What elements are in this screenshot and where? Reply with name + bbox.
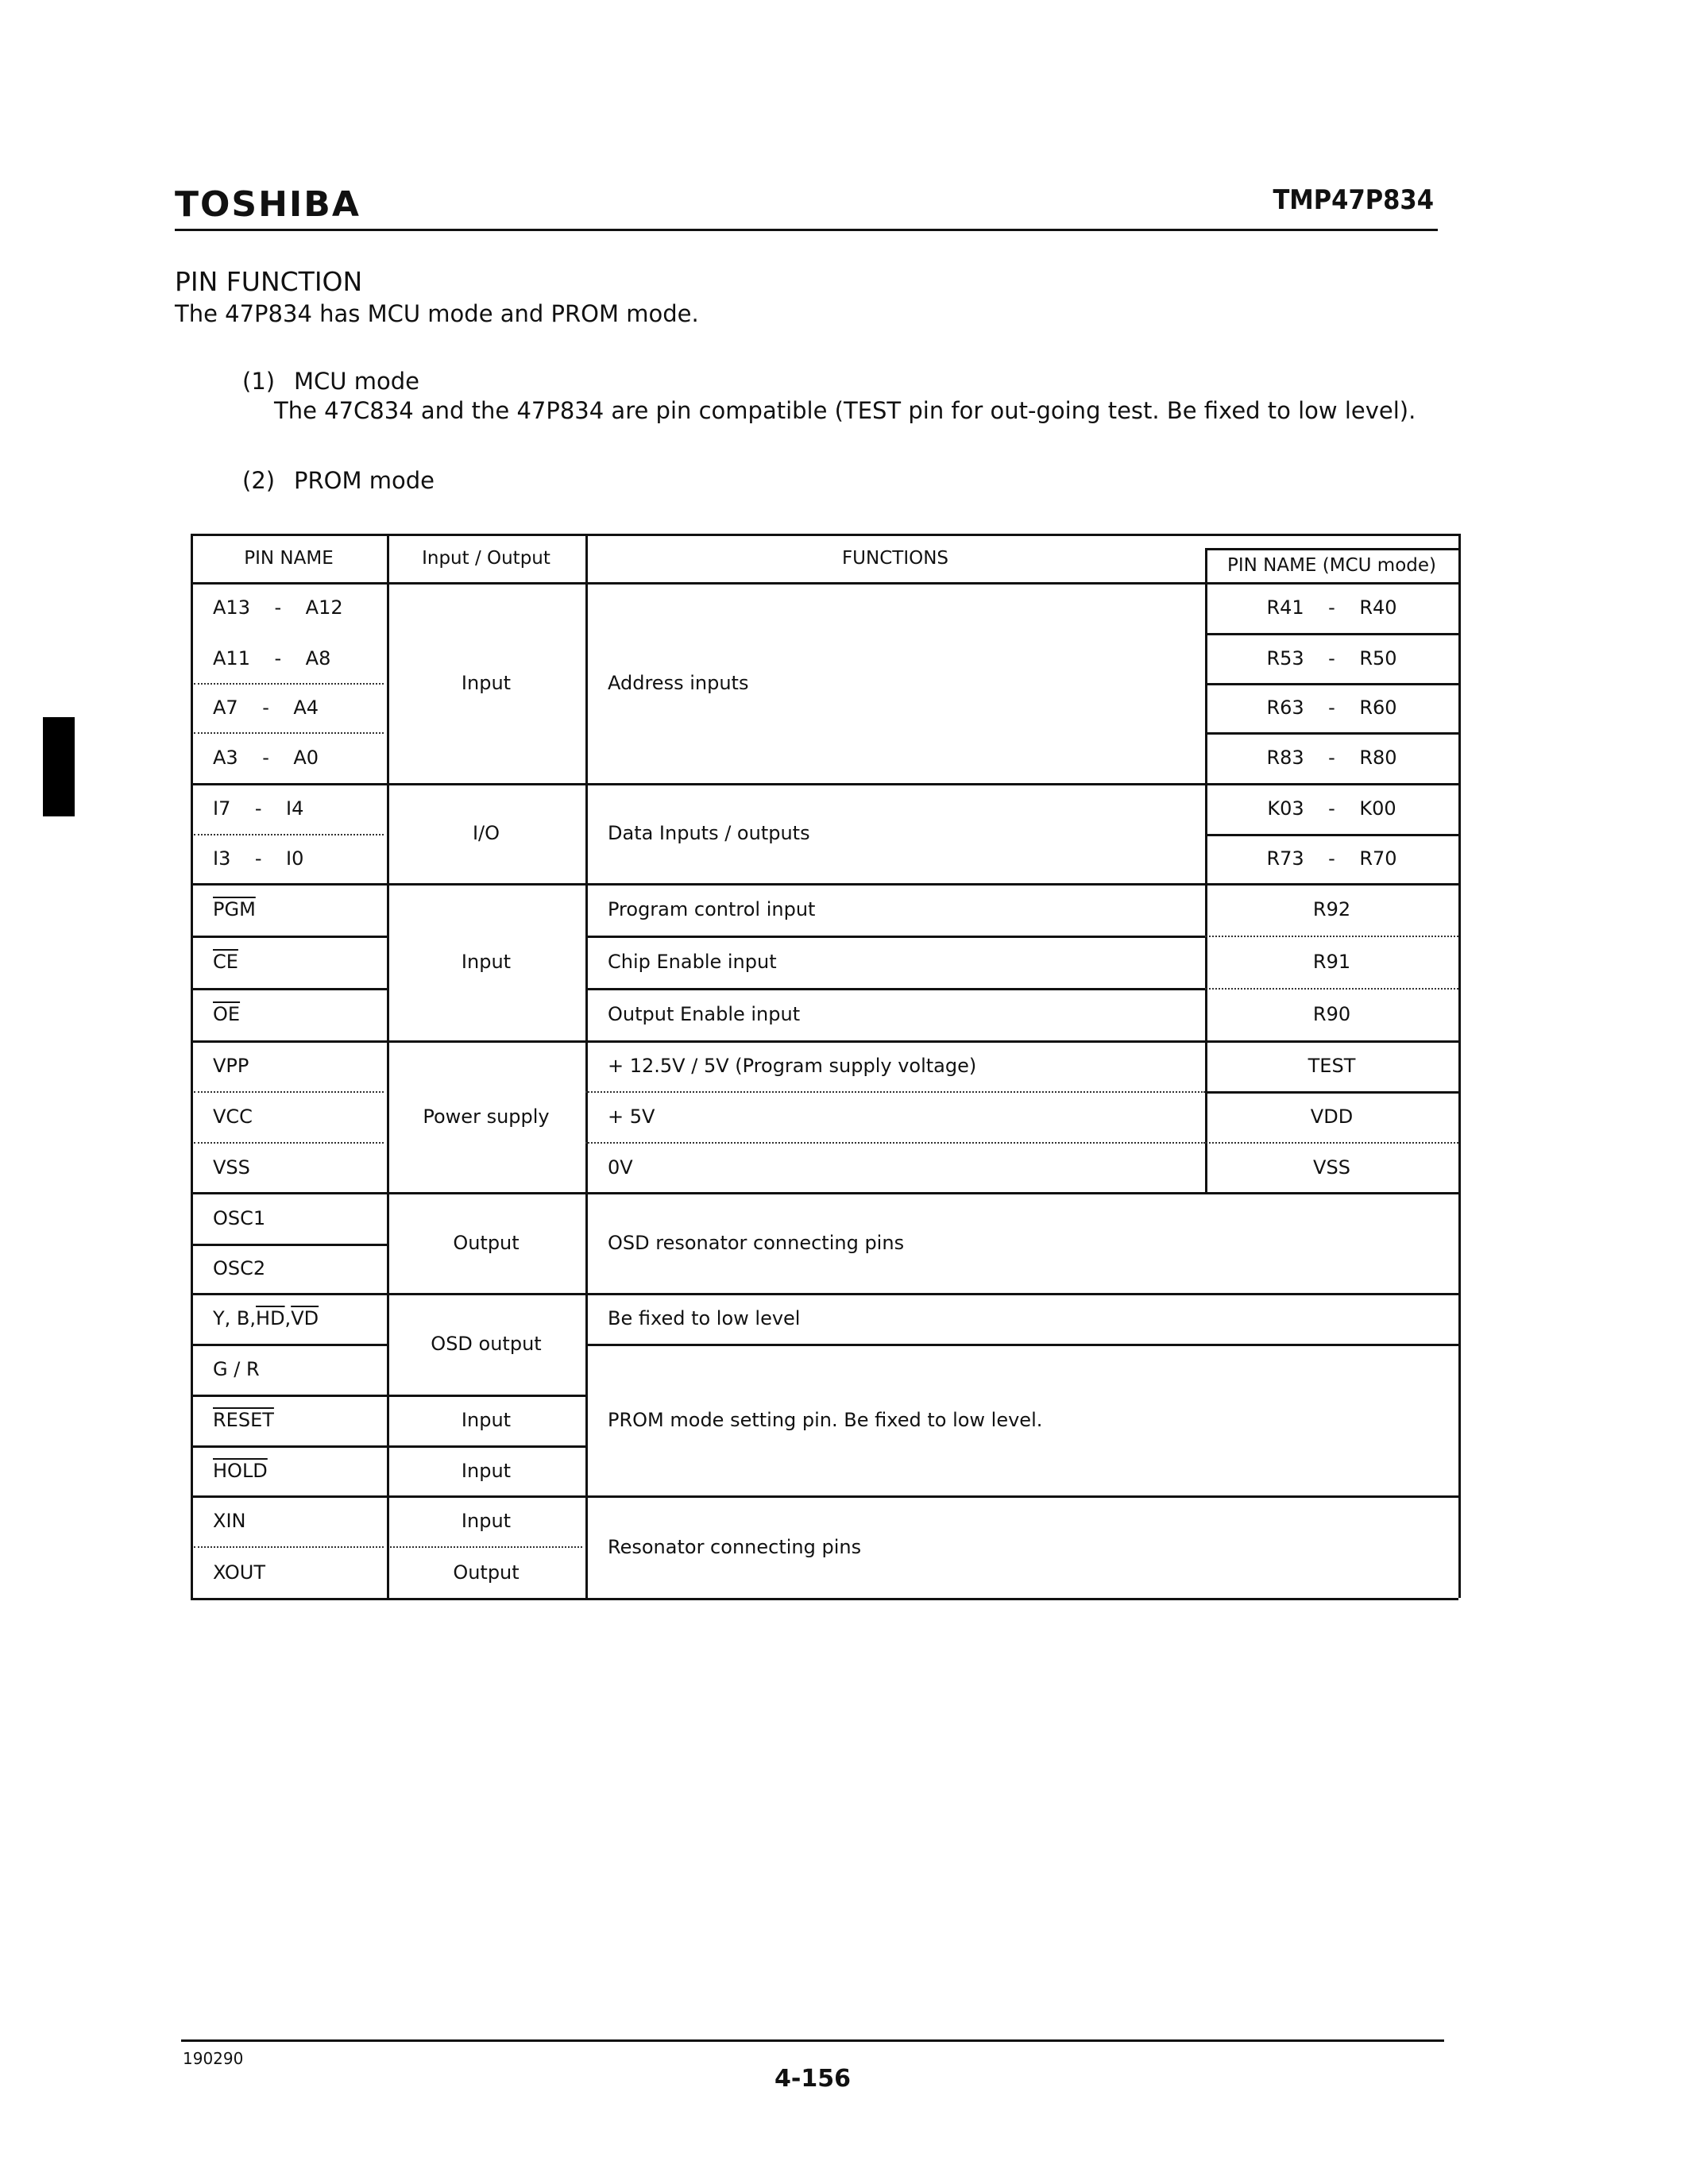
io-type-cell: Input [387, 1395, 585, 1445]
function-description: + 5V [585, 1091, 1205, 1142]
mcu-pin-name-cell: R41 - R40 [1205, 582, 1458, 633]
mcu-pin-name-cell: R83 - R80 [1205, 732, 1458, 783]
mcu-pin-name-cell: VSS [1205, 1142, 1458, 1192]
item-label: PROM mode [294, 467, 435, 494]
mcu-pin-name-cell: TEST [1205, 1040, 1458, 1091]
page-number: 4-156 [774, 2065, 851, 2093]
mcu-pin-name-cell: R91 [1205, 936, 1458, 988]
mode-item-prom: (2)PROM mode [242, 467, 435, 494]
pin-name-cell: PGM [191, 883, 387, 936]
pin-name-cell: I3 - I0 [191, 834, 387, 883]
section-title: PIN FUNCTION [175, 266, 362, 297]
function-description: 0V [585, 1142, 1205, 1192]
pin-name-cell: Y, B, HD, VD [191, 1293, 387, 1344]
footer-rule [181, 2039, 1444, 2042]
io-type-cell: I/O [387, 783, 585, 883]
active-low-pin-label: CE [213, 951, 238, 973]
pin-name-cell: XIN [191, 1495, 387, 1546]
header-functions: FUNCTIONS [585, 534, 1205, 582]
io-type-cell: Output [387, 1546, 585, 1598]
function-description: Program control input [585, 883, 1205, 936]
mcu-pin-name-cell: K03 - K00 [1205, 783, 1458, 834]
io-type-cell: Input [387, 883, 585, 1040]
function-description: PROM mode setting pin. Be fixed to low l… [585, 1344, 1458, 1495]
active-low-pin-label: HOLD [213, 1460, 268, 1482]
item-label: MCU mode [294, 368, 419, 395]
mcu-pin-name-cell: R53 - R50 [1205, 633, 1458, 683]
function-description: OSD resonator connecting pins [585, 1192, 1458, 1293]
pin-name-cell: A3 - A0 [191, 732, 387, 783]
active-low-pin-label: HD [256, 1307, 285, 1329]
active-low-pin-label: PGM [213, 898, 256, 920]
io-type-cell: Output [387, 1192, 585, 1293]
mcu-pin-name-cell: R92 [1205, 883, 1458, 936]
function-description: Output Enable input [585, 988, 1205, 1040]
item-number: (1) [242, 368, 294, 395]
row-divider [191, 1192, 1458, 1194]
pin-name-cell: OSC2 [191, 1244, 387, 1293]
function-description: + 12.5V / 5V (Program supply voltage) [585, 1040, 1205, 1091]
pin-name-cell: OE [191, 988, 387, 1040]
pin-name-cell: A13 - A12 [191, 582, 387, 633]
pin-name-cell: G / R [191, 1344, 387, 1395]
pin-name-cell: XOUT [191, 1546, 387, 1598]
mcu-pin-name-cell: R90 [1205, 988, 1458, 1040]
function-description: Data Inputs / outputs [585, 783, 1205, 883]
row-divider [191, 1598, 1458, 1600]
header-input-output: Input / Output [387, 534, 585, 582]
mcu-pin-name-cell: R73 - R70 [1205, 834, 1458, 883]
function-description: Address inputs [585, 582, 1205, 783]
pin-name-cell: VSS [191, 1142, 387, 1192]
mcu-pin-name-cell: VDD [1205, 1091, 1458, 1142]
active-low-pin-label: VD [291, 1307, 319, 1329]
header-pin-name: PIN NAME [191, 534, 387, 582]
mode-item-mcu-body: The 47C834 and the 47P834 are pin compat… [274, 397, 1416, 424]
item-number: (2) [242, 467, 294, 494]
pin-name-cell: CE [191, 936, 387, 988]
section-index-tab [43, 717, 75, 816]
io-type-cell: Power supply [387, 1040, 585, 1192]
brand-logo: TOSHIBA [175, 184, 361, 225]
pin-name-cell: VCC [191, 1091, 387, 1142]
section-intro: The 47P834 has MCU mode and PROM mode. [175, 300, 699, 327]
header-mcu-pin-name: PIN NAME (MCU mode) [1205, 548, 1458, 582]
pin-name-cell: A7 - A4 [191, 683, 387, 732]
pin-name-cell: VPP [191, 1040, 387, 1091]
function-description: Chip Enable input [585, 936, 1205, 988]
mcu-pin-name-cell: R63 - R60 [1205, 683, 1458, 732]
pin-name-cell: A11 - A8 [191, 633, 387, 683]
active-low-pin-label: RESET [213, 1409, 274, 1431]
pin-name-cell: I7 - I4 [191, 783, 387, 834]
active-low-pin-label: OE [213, 1003, 240, 1025]
io-type-cell: OSD output [387, 1293, 585, 1395]
io-type-cell: Input [387, 1495, 585, 1546]
io-type-cell: Input [387, 1445, 585, 1495]
date-code: 190290 [183, 2049, 243, 2068]
function-description: Resonator connecting pins [585, 1495, 1458, 1598]
header-rule [175, 229, 1438, 231]
function-description: Be fixed to low level [585, 1293, 1458, 1344]
pin-name-cell: RESET [191, 1395, 387, 1445]
column-divider [1458, 534, 1461, 1598]
io-type-cell: Input [387, 582, 585, 783]
part-number: TMP47P834 [1273, 184, 1434, 216]
mode-item-mcu: (1)MCU mode [242, 368, 419, 395]
pin-name-cell: HOLD [191, 1445, 387, 1495]
pin-name-cell: OSC1 [191, 1192, 387, 1244]
